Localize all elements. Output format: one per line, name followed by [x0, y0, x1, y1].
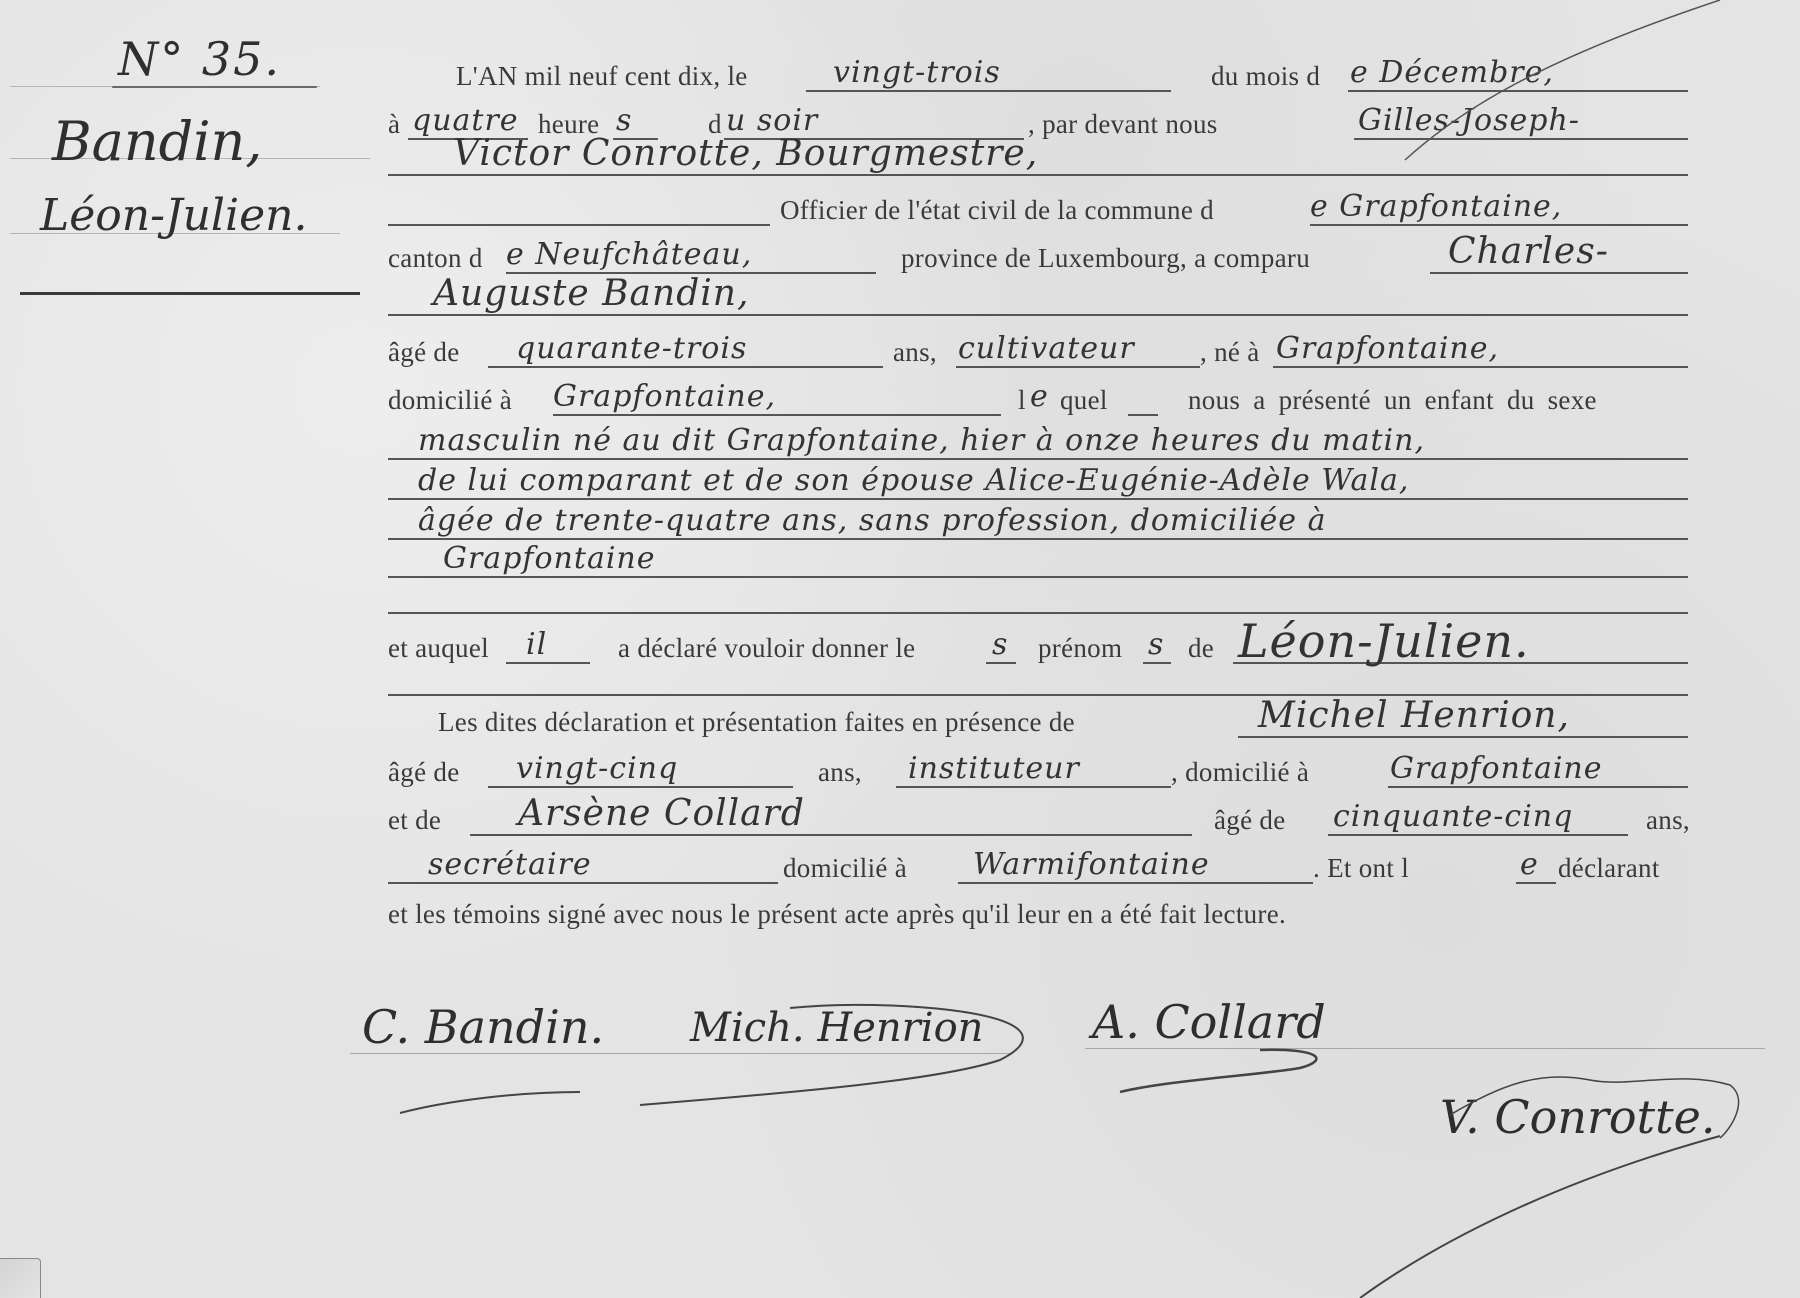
blank-line [388, 174, 1688, 176]
blank-line [956, 366, 1200, 368]
margin-annotation: N° 35. Bandin, Léon-Julien. [0, 0, 370, 320]
handwritten-declarant-profession: cultivateur [958, 334, 1135, 364]
blank-line [388, 224, 770, 226]
printed-text: , par devant nous [1028, 111, 1218, 138]
handwritten-commune: e Grapfontaine, [1310, 192, 1562, 222]
blank-line [1328, 834, 1628, 836]
printed-text: Les dites déclaration et présentation fa… [438, 709, 1075, 736]
form-line-domicile: domicilié à Grapfontaine, l e quel nous … [388, 376, 1698, 420]
printed-text: province de Luxembourg, a comparu [901, 245, 1310, 272]
handwritten-witness1-domicile: Grapfontaine [1390, 754, 1603, 784]
blank-line [1348, 90, 1688, 92]
blank-line [470, 834, 1192, 836]
form-line-witness1-details: âgé de vingt-cinq ans, instituteur , dom… [388, 748, 1698, 792]
form-line-witness2-details: secrétaire domicilié à Warmifontaine . E… [388, 844, 1698, 888]
handwritten-witness2-profession: secrétaire [428, 850, 592, 880]
handwritten-witness1-age: vingt-cinq [516, 754, 678, 784]
signature-witness1: Mich. Henrion [690, 1005, 983, 1051]
printed-text: Officier de l'état civil de la commune d [780, 197, 1214, 224]
printed-text: âgé de [1214, 807, 1286, 834]
handwritten-suffix: s [616, 106, 632, 136]
printed-text: ans, [818, 759, 862, 786]
handwritten-officer-title: Victor Conrotte, Bourgmestre, [453, 136, 1038, 172]
form-line-empty [388, 656, 1698, 700]
form-line-closing: et les témoins signé avec nous le présen… [388, 890, 1698, 934]
blank-line [958, 882, 1313, 884]
blank-line [896, 786, 1171, 788]
printed-text: à [388, 111, 400, 138]
handwritten-declarant-domicile: Grapfontaine, [553, 382, 776, 412]
handwritten-witness2-name: Arsène Collard [518, 796, 805, 832]
blank-line [1238, 736, 1688, 738]
printed-text: L'AN mil neuf cent dix, le [456, 63, 748, 90]
form-line-declarant: Auguste Bandin, [388, 276, 1698, 320]
printed-text: et les témoins signé avec nous le présen… [388, 901, 1286, 928]
handwritten-witness1-name: Michel Henrion, [1258, 698, 1570, 734]
form-line-commune: Officier de l'état civil de la commune d… [388, 186, 1698, 230]
handwritten-month: e Décembre, [1350, 58, 1554, 88]
form-line-officer: Victor Conrotte, Bourgmestre, [388, 136, 1698, 180]
handwritten-suffix: e [1030, 382, 1049, 412]
handwritten-witness1-profession: instituteur [908, 754, 1080, 784]
blank-line [806, 90, 1171, 92]
handwritten-declarant-first: Charles- [1448, 234, 1609, 270]
blank-line [1273, 366, 1688, 368]
handwritten-suffix: e [1520, 850, 1539, 880]
handwritten-canton: e Neufchâteau, [506, 240, 752, 270]
act-number: N° 35. [118, 32, 281, 86]
blank-line [488, 366, 883, 368]
blank-line [1310, 224, 1688, 226]
form-line-witness1: Les dites déclaration et présentation fa… [388, 698, 1698, 742]
blank-line [388, 314, 1688, 316]
handwritten-mother: de lui comparant et de son épouse Alice-… [418, 466, 1409, 496]
handwritten-declarant-age: quarante-trois [516, 334, 747, 364]
handwritten-mother-details: âgée de trente-quatre ans, sans professi… [418, 506, 1326, 536]
printed-text: quel [1060, 387, 1108, 414]
handwritten-witness2-domicile: Warmifontaine [973, 850, 1210, 880]
margin-given-names: Léon-Julien. [40, 190, 307, 241]
act-number-underline [112, 86, 317, 88]
printed-text: nous a présenté un enfant du sexe [1188, 387, 1597, 414]
handwritten-declarant-name: Auguste Bandin, [433, 276, 749, 312]
blank-line [553, 414, 1001, 416]
printed-text: ans, [893, 339, 937, 366]
printed-text: , domicilié à [1171, 759, 1309, 786]
printed-text: ans, [1646, 807, 1690, 834]
form-line-empty [388, 574, 1698, 618]
printed-text: et de [388, 807, 441, 834]
printed-text: . Et ont l [1313, 855, 1409, 882]
handwritten-mother-domicile: Grapfontaine [443, 544, 656, 574]
form-line-canton: canton d e Neufchâteau, province de Luxe… [388, 234, 1698, 278]
handwritten-witness2-age: cinquante-cinq [1333, 802, 1573, 832]
printed-text: , né à [1200, 339, 1260, 366]
signature-declarant: C. Bandin. [362, 1000, 604, 1054]
printed-text: l [1018, 387, 1026, 414]
blank-line [1516, 882, 1556, 884]
blank-line [1430, 272, 1688, 274]
handwritten-birth-details: masculin né au dit Grapfontaine, hier à … [418, 426, 1425, 456]
printed-text: âgé de [388, 759, 460, 786]
handwritten-day: vingt-trois [833, 58, 1001, 88]
printed-text: âgé de [388, 339, 460, 366]
printed-text: canton d [388, 245, 483, 272]
margin-rule [20, 292, 360, 295]
form-line-date: L'AN mil neuf cent dix, le vingt-trois d… [388, 52, 1698, 96]
printed-text: déclarant [1558, 855, 1660, 882]
handwritten-declarant-birthplace: Grapfontaine, [1276, 334, 1499, 364]
blank-line [1128, 414, 1158, 416]
signature-officer: V. Conrotte. [1440, 1090, 1715, 1144]
printed-text: domicilié à [388, 387, 512, 414]
form-line-birth: masculin né au dit Grapfontaine, hier à … [388, 420, 1698, 464]
blank-line [388, 882, 778, 884]
signature-witness2: A. Collard [1092, 995, 1326, 1049]
blank-line [488, 786, 793, 788]
civil-record-page: N° 35. Bandin, Léon-Julien. L'AN mil neu… [0, 0, 1800, 1298]
handwritten-period: u soir [726, 106, 818, 136]
handwritten-hour: quatre [412, 106, 519, 136]
margin-surname: Bandin, [52, 110, 262, 173]
blank-line [1388, 786, 1688, 788]
printed-text: domicilié à [783, 855, 907, 882]
form-line-mother: de lui comparant et de son épouse Alice-… [388, 460, 1698, 504]
form-line-declarant-age: âgé de quarante-trois ans, cultivateur ,… [388, 328, 1698, 372]
page-corner [0, 1258, 41, 1298]
handwritten-officer-name: Gilles-Joseph- [1358, 106, 1580, 136]
form-line-witness2: et de Arsène Collard âgé de cinquante-ci… [388, 796, 1698, 840]
printed-text: du mois d [1211, 63, 1320, 90]
